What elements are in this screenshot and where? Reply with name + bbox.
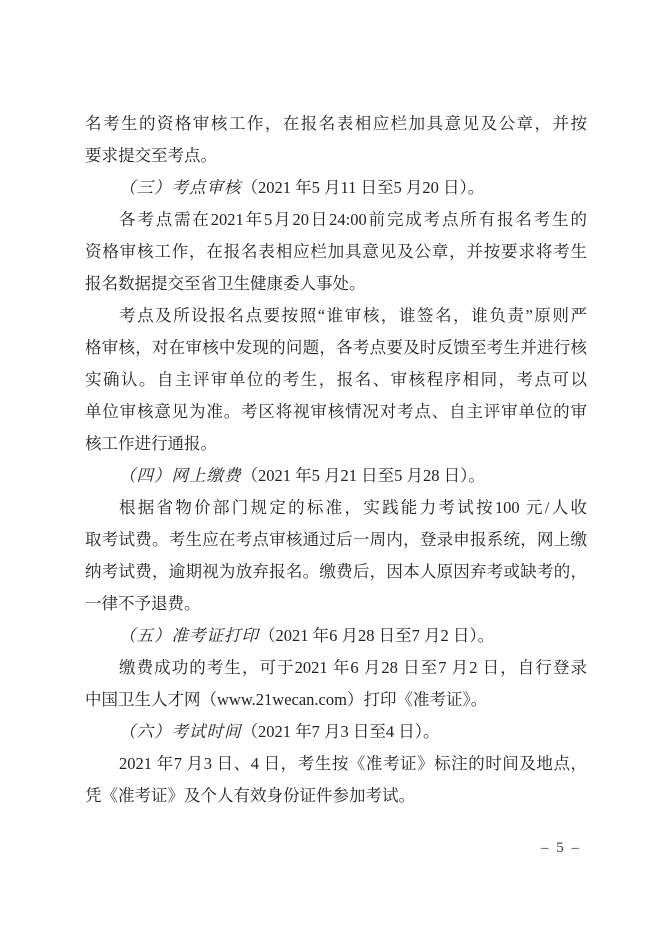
text-segment: 实确认。自主评审单位的考生，报名、审核程序相同，考点可以 [85, 370, 587, 389]
text-line: 单位审核意见为准。考区将视审核情况对考点、自主评审单位的审 [85, 396, 587, 428]
document-body: 名考生的资格审核工作，在报名表相应栏加具意见及公章，并按要求提交至考点。（三）考… [85, 108, 587, 812]
text-line: 取考试费。考生应在考点审核通过后一周内，登录申报系统，网上缴 [85, 524, 587, 556]
text-segment: 中国卫生人才网（www.21wecan.com）打印《准考证》。 [85, 690, 487, 709]
text-line: 名考生的资格审核工作，在报名表相应栏加具意见及公章，并按 [85, 108, 587, 140]
text-segment: 名考生的资格审核工作，在报名表相应栏加具意见及公章，并按 [85, 114, 587, 133]
section-heading: （六）考试时间（2021 年7 月3 日至4 日）。 [85, 716, 587, 748]
text-segment: 考点及所设报名点要按照“谁审核，谁签名，谁负责”原则严 [119, 306, 587, 325]
text-line: 凭《准考证》及个人有效身份证件参加考试。 [85, 780, 587, 812]
text-segment: 凭《准考证》及个人有效身份证件参加考试。 [85, 786, 415, 805]
text-line: 格审核，对在审核中发现的问题，各考点要及时反馈至考生并进行核 [85, 332, 587, 364]
text-segment: 纳考试费，逾期视为放弃报名。缴费后，因本人原因弃考或缺考的， [85, 562, 587, 581]
text-line: 核工作进行通报。 [85, 428, 587, 460]
text-segment: 核工作进行通报。 [85, 434, 217, 453]
section-heading: （四）网上缴费（2021 年5 月21 日至5 月28 日）。 [85, 460, 587, 492]
text-line: 一律不予退费。 [85, 588, 587, 620]
text-line: 考点及所设报名点要按照“谁审核，谁签名，谁负责”原则严 [85, 300, 587, 332]
section-heading: （三）考点审核（2021 年5 月11 日至5 月20 日）。 [85, 172, 587, 204]
text-segment: （2021 年5 月11 日至5 月20 日）。 [242, 178, 485, 197]
text-line: 中国卫生人才网（www.21wecan.com）打印《准考证》。 [85, 684, 587, 716]
text-line: 缴费成功的考生，可于2021 年6 月28 日至7 月2 日，自行登录 [85, 652, 587, 684]
text-line: 资格审核工作，在报名表相应栏加具意见及公章，并按要求将考生 [85, 236, 587, 268]
text-line: 纳考试费，逾期视为放弃报名。缴费后，因本人原因弃考或缺考的， [85, 556, 587, 588]
text-line: 各考点需在2021年5月20日24:00前完成考点所有报名考生的 [85, 204, 587, 236]
document-page: 名考生的资格审核工作，在报名表相应栏加具意见及公章，并按要求提交至考点。（三）考… [0, 0, 662, 936]
heading-label: （五）准考证打印 [119, 626, 259, 645]
text-segment: （2021 年5 月21 日至5 月28 日）。 [242, 466, 485, 485]
heading-label: （三）考点审核 [119, 178, 242, 197]
text-line: 报名数据提交至省卫生健康委人事处。 [85, 268, 587, 300]
text-segment: 缴费成功的考生，可于2021 年6 月28 日至7 月2 日，自行登录 [119, 658, 587, 677]
text-segment: 资格审核工作，在报名表相应栏加具意见及公章，并按要求将考生 [85, 242, 587, 261]
text-segment: 报名数据提交至省卫生健康委人事处。 [85, 274, 366, 293]
text-segment: 格审核，对在审核中发现的问题，各考点要及时反馈至考生并进行核 [85, 338, 587, 357]
text-segment: 一律不予退费。 [85, 594, 201, 613]
text-line: 要求提交至考点。 [85, 140, 587, 172]
text-line: 实确认。自主评审单位的考生，报名、审核程序相同，考点可以 [85, 364, 587, 396]
text-segment: 各考点需在2021年5月20日24:00前完成考点所有报名考生的 [119, 210, 587, 229]
text-segment: 2021 年7 月3 日、4 日，考生按《准考证》标注的时间及地点， [119, 754, 587, 773]
text-segment: （2021 年6 月28 日至7 月2 日）。 [259, 626, 494, 645]
text-segment: （2021 年7 月3 日至4 日）。 [242, 722, 440, 741]
section-heading: （五）准考证打印（2021 年6 月28 日至7 月2 日）。 [85, 620, 587, 652]
text-segment: 取考试费。考生应在考点审核通过后一周内，登录申报系统，网上缴 [85, 530, 587, 549]
text-segment: 单位审核意见为准。考区将视审核情况对考点、自主评审单位的审 [85, 402, 587, 421]
text-line: 2021 年7 月3 日、4 日，考生按《准考证》标注的时间及地点， [85, 748, 587, 780]
page-number: – 5 – [85, 840, 581, 857]
text-segment: 根据省物价部门规定的标准，实践能力考试按100 元/人收 [119, 498, 587, 517]
text-line: 根据省物价部门规定的标准，实践能力考试按100 元/人收 [85, 492, 587, 524]
heading-label: （四）网上缴费 [119, 466, 242, 485]
text-segment: 要求提交至考点。 [85, 146, 217, 165]
heading-label: （六）考试时间 [119, 722, 242, 741]
